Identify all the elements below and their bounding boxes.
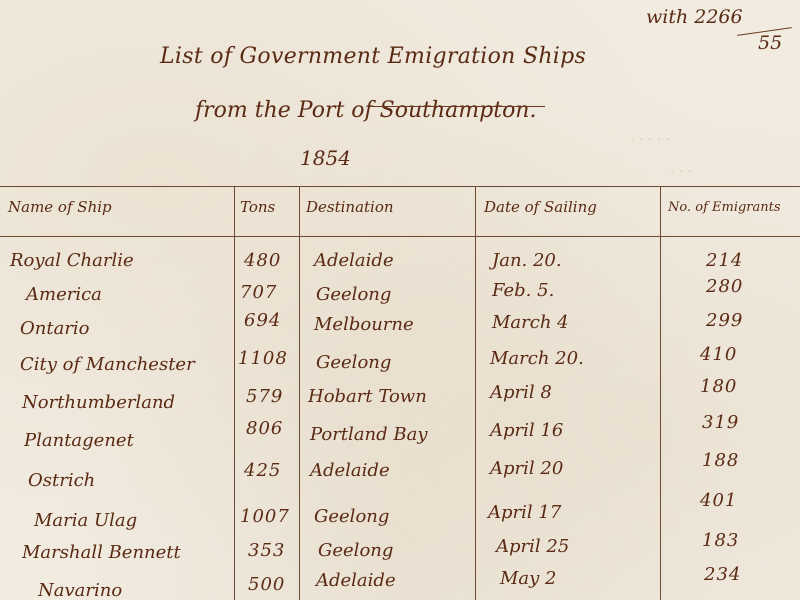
sailing-date: March 4 <box>492 312 569 333</box>
subtitle-underline <box>370 106 545 107</box>
column-divider <box>299 186 300 600</box>
sailing-date: Feb. 5. <box>492 280 554 301</box>
ship-destination: Geelong <box>316 284 391 305</box>
ship-tons: 1108 <box>238 348 288 369</box>
emigrant-count: 319 <box>702 412 739 433</box>
document-subtitle: from the Port of Southampton. <box>195 98 536 123</box>
emigrant-count: 214 <box>706 250 743 271</box>
emigrant-count: 234 <box>704 564 741 585</box>
ship-tons: 579 <box>246 386 283 407</box>
ship-name: Ostrich <box>28 470 95 491</box>
emigrant-count: 401 <box>700 490 737 511</box>
column-header-destination: Destination <box>306 198 394 216</box>
ship-destination: Geelong <box>318 540 393 561</box>
column-header-ship: Name of Ship <box>8 198 112 216</box>
ship-destination: Hobart Town <box>308 386 427 407</box>
sailing-date: April 17 <box>488 502 561 523</box>
ship-destination: Adelaide <box>316 570 396 591</box>
document-year: 1854 <box>300 146 351 170</box>
emigrant-count: 410 <box>700 344 737 365</box>
column-divider <box>475 186 476 600</box>
table-top-rule <box>0 186 800 187</box>
ship-name: City of Manchester <box>20 354 195 375</box>
ship-destination: Adelaide <box>314 250 394 271</box>
table-header-rule <box>0 236 800 237</box>
sailing-date: April 8 <box>490 382 552 403</box>
ship-name: Maria Ulag <box>34 510 137 531</box>
ship-tons: 694 <box>244 310 281 331</box>
ship-tons: 500 <box>248 574 285 595</box>
column-header-date: Date of Sailing <box>484 198 597 216</box>
ship-destination: Geelong <box>314 506 389 527</box>
emigrant-count: 188 <box>702 450 739 471</box>
ship-destination: Geelong <box>316 352 391 373</box>
ship-destination: Portland Bay <box>310 424 428 445</box>
margin-note-top: with 2266 <box>646 6 743 28</box>
document-title: List of Government Emigration Ships <box>160 44 586 69</box>
emigrant-count: 183 <box>702 530 739 551</box>
sailing-date: Jan. 20. <box>492 250 562 271</box>
column-divider <box>234 186 235 600</box>
sailing-date: March 20. <box>490 348 584 369</box>
emigrant-count: 180 <box>700 376 737 397</box>
ship-tons: 353 <box>248 540 285 561</box>
column-divider <box>660 186 661 600</box>
sailing-date: April 20 <box>490 458 563 479</box>
ship-tons: 707 <box>240 282 277 303</box>
column-header-tons: Tons <box>240 198 275 216</box>
ship-tons: 1007 <box>240 506 290 527</box>
emigrant-count: 299 <box>706 310 743 331</box>
ship-name: Marshall Bennett <box>22 542 181 563</box>
ship-name: Northumberland <box>22 392 175 413</box>
ship-name: Ontario <box>20 318 90 339</box>
margin-note-bottom: 55 <box>758 32 782 54</box>
show-through-text: . . . . . <box>630 128 670 144</box>
margin-annotation: with 2266 55 <box>640 4 780 54</box>
show-through-text: . . . <box>670 160 692 176</box>
ship-tons: 425 <box>244 460 281 481</box>
emigrant-count: 280 <box>706 276 743 297</box>
ship-name: Navarino <box>38 580 122 600</box>
sailing-date: April 25 <box>496 536 569 557</box>
ship-name: Plantagenet <box>24 430 134 451</box>
column-header-emigrants: No. of Emigrants <box>668 200 781 215</box>
ship-name: Royal Charlie <box>10 250 134 271</box>
ship-destination: Melbourne <box>314 314 414 335</box>
sailing-date: April 16 <box>490 420 563 441</box>
ship-name: America <box>26 284 102 305</box>
ship-tons: 806 <box>246 418 283 439</box>
sailing-date: May 2 <box>500 568 557 589</box>
ship-tons: 480 <box>244 250 281 271</box>
ship-destination: Adelaide <box>310 460 390 481</box>
